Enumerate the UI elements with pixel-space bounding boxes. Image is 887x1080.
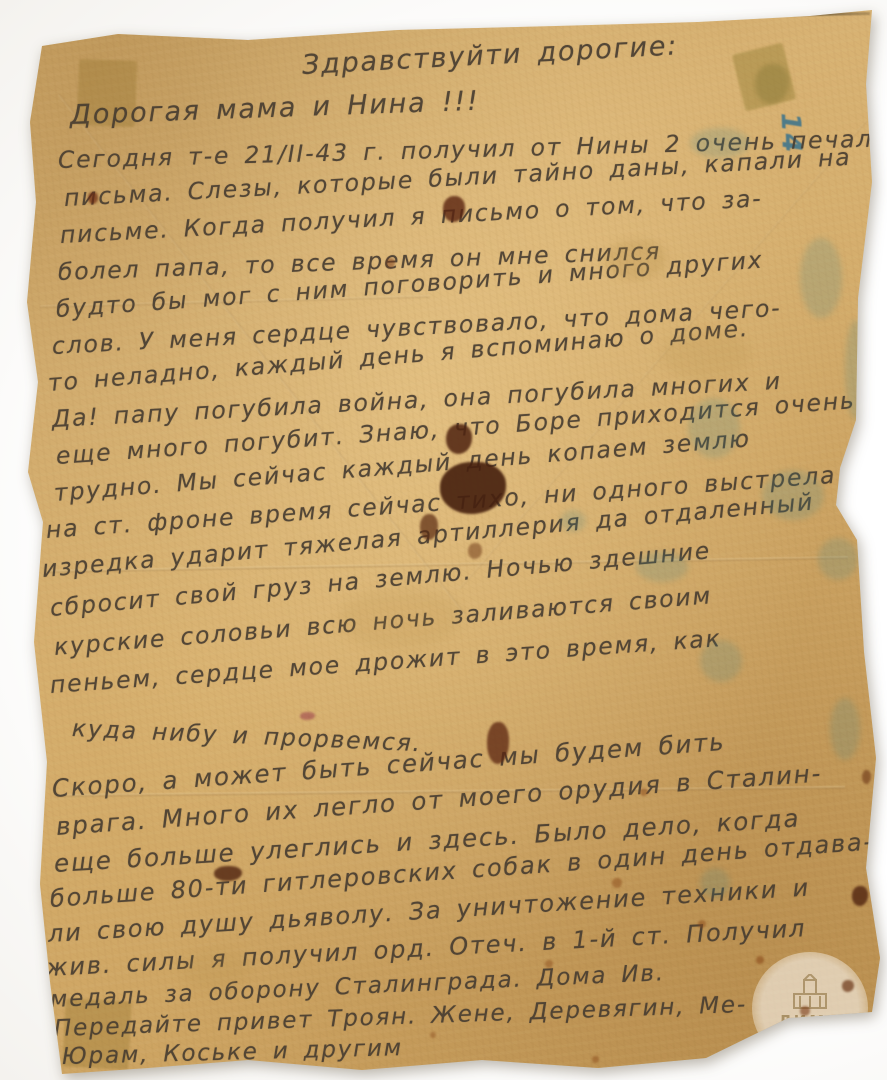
scanner-background: 14 ЛИМБ Здравствуйти дорогие:Дорогая мам… [0,0,887,1080]
blue-ink-smudge [830,698,860,760]
blue-ink-smudge [818,538,858,580]
paper-stain [862,770,871,784]
blue-ink-smudge [800,238,842,318]
watermark-text: ЛИМБ [778,1012,841,1030]
paper-stain [756,956,764,964]
paper-stain [592,1056,599,1063]
paper-top-edge-shadow [110,12,870,27]
paper-stain [430,1032,436,1038]
watermark-building-icon [788,974,832,1014]
paper-stain [852,886,868,906]
tape-mark [732,43,796,112]
letter-paper-wrapper: 14 ЛИМБ Здравствуйти дорогие:Дорогая мам… [0,0,887,1080]
archive-watermark: ЛИМБ [752,952,868,1064]
paper-stain [300,712,315,720]
watermark-rings-icon [790,1031,830,1043]
letter-paper: 14 ЛИМБ Здравствуйти дорогие:Дорогая мам… [0,0,887,1080]
letter-line-1: Здравствуйти дорогие: [301,30,679,81]
